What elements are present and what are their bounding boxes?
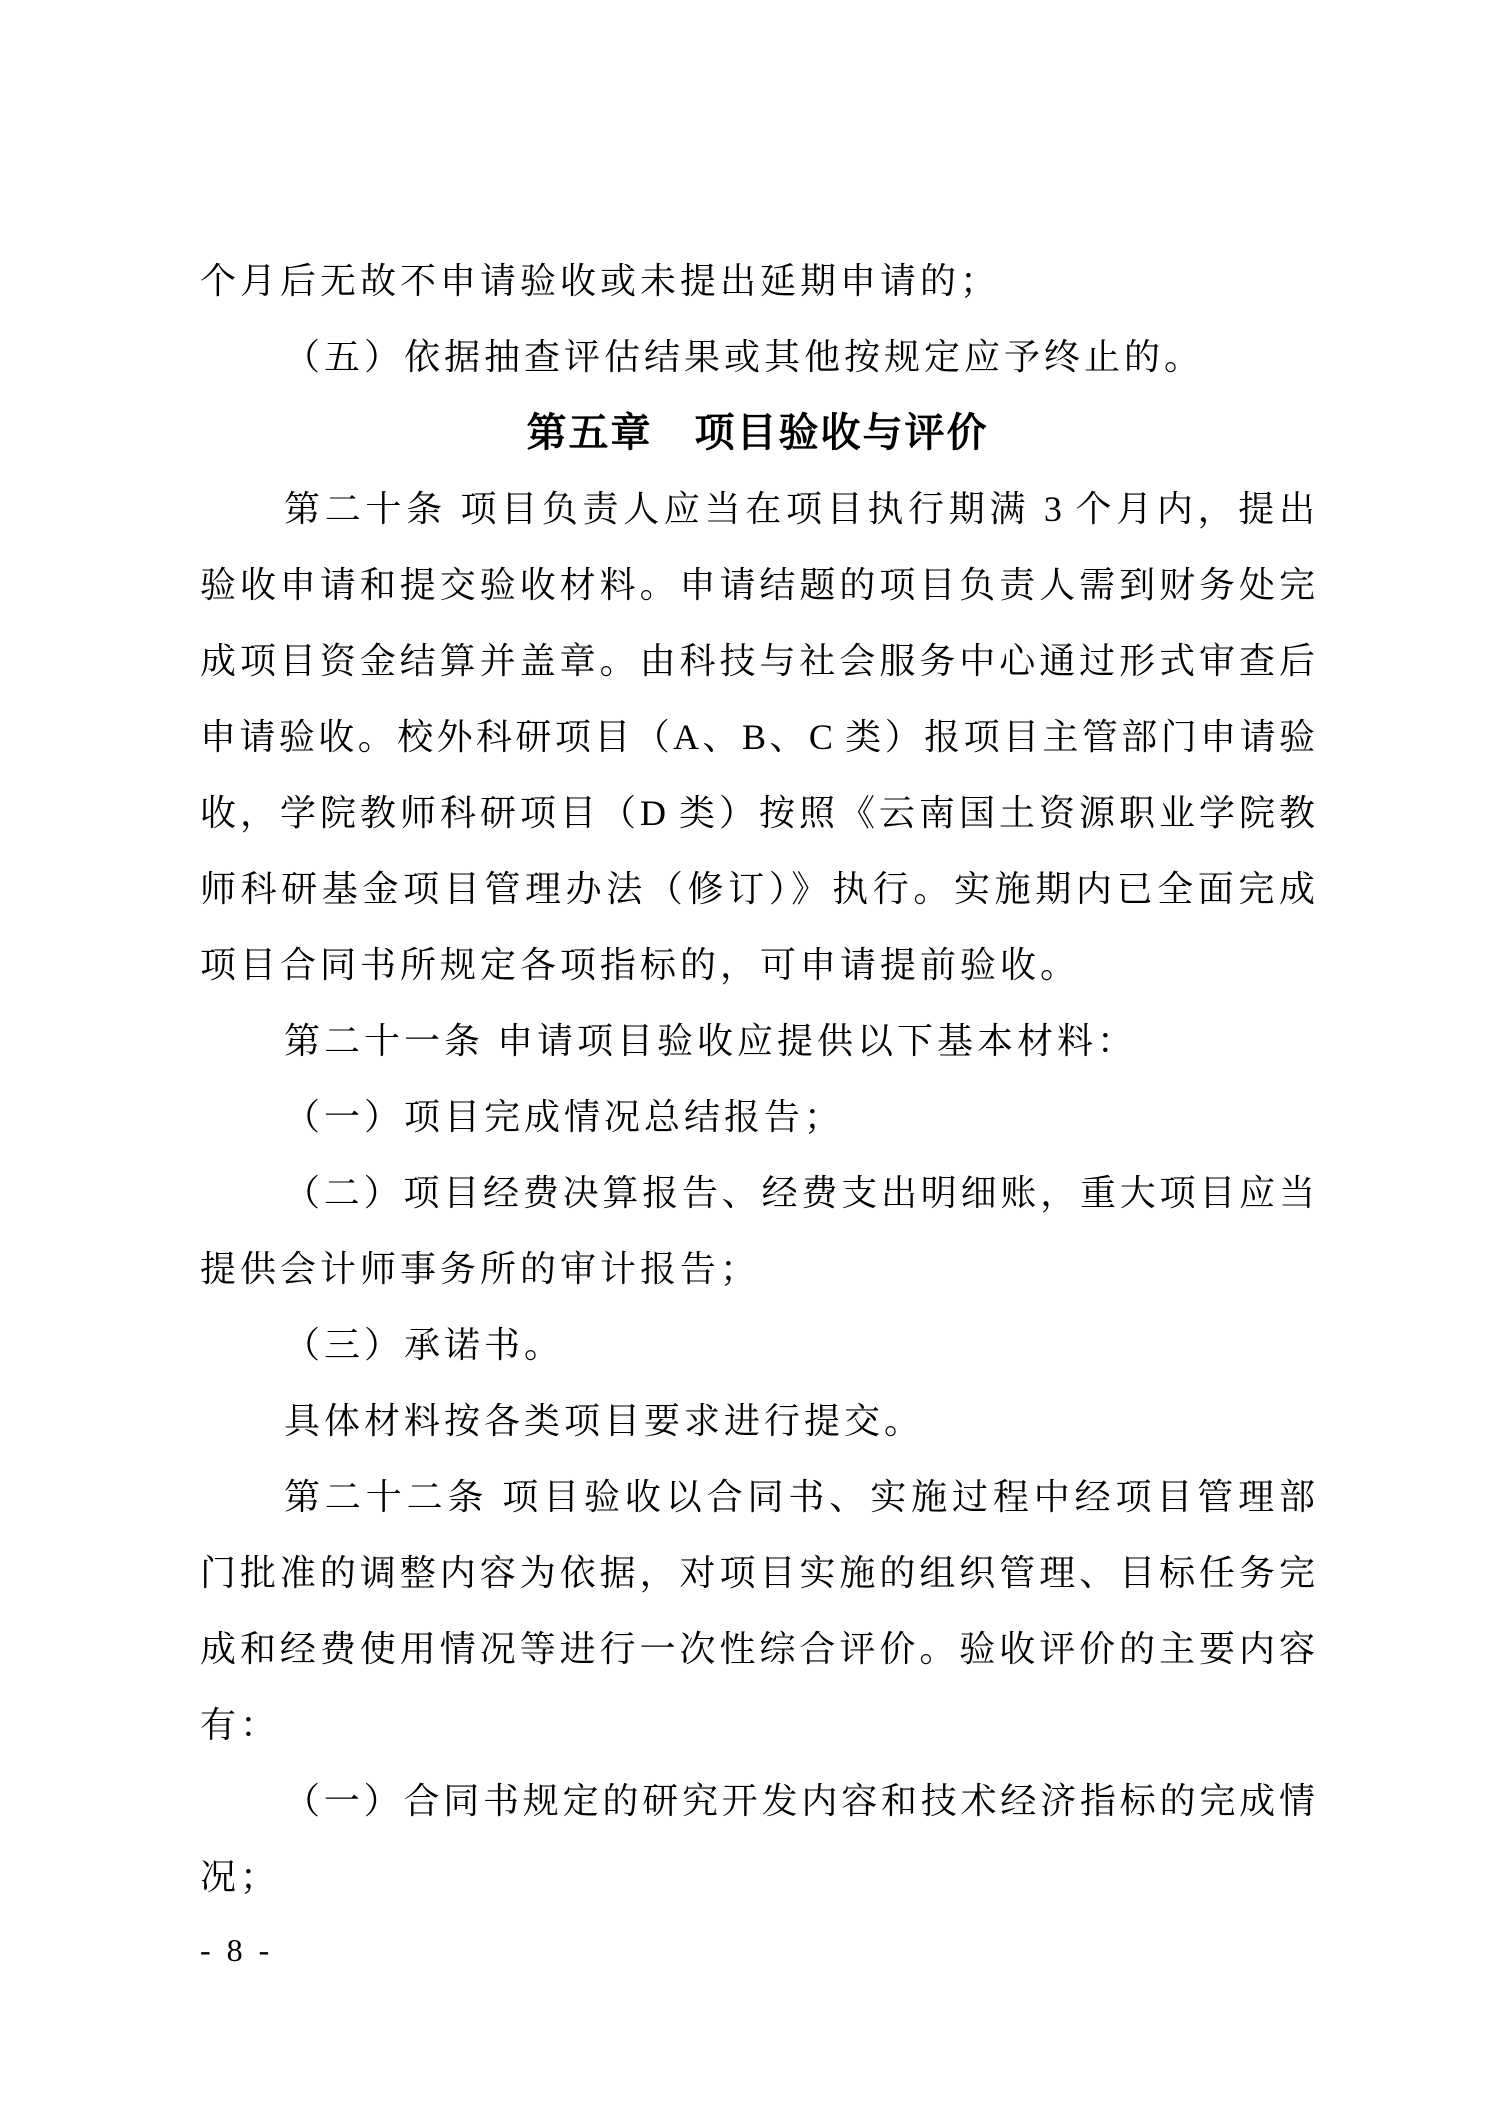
text-line: 况； <box>200 1839 1315 1915</box>
document-page: 个月后无故不申请验收或未提出延期申请的；（五）依据抽查评估结果或其他按规定应予终… <box>0 0 1500 2121</box>
text-line: 成项目资金结算并盖章。由科技与社会服务中心通过形式审查后 <box>200 623 1315 699</box>
text-line: 具体材料按各类项目要求进行提交。 <box>200 1383 1315 1459</box>
text-line: 个月后无故不申请验收或未提出延期申请的； <box>200 243 1315 319</box>
text-line: 第二十一条 申请项目验收应提供以下基本材料： <box>200 1003 1315 1079</box>
text-line: 师科研基金项目管理办法（修订）》执行。实施期内已全面完成 <box>200 851 1315 927</box>
text-line: 申请验收。校外科研项目（A、B、C 类）报项目主管部门申请验 <box>200 699 1315 775</box>
text-line: （一）项目完成情况总结报告； <box>200 1079 1315 1155</box>
text-line: （二）项目经费决算报告、经费支出明细账，重大项目应当 <box>200 1155 1315 1231</box>
page-number: - 8 - <box>200 1928 273 1972</box>
chapter-heading: 第五章 项目验收与评价 <box>200 395 1315 471</box>
text-line: 验收申请和提交验收材料。申请结题的项目负责人需到财务处完 <box>200 547 1315 623</box>
text-line: 收，学院教师科研项目（D 类）按照《云南国土资源职业学院教 <box>200 775 1315 851</box>
text-line: 第二十二条 项目验收以合同书、实施过程中经项目管理部 <box>200 1459 1315 1535</box>
text-line: 有： <box>200 1687 1315 1763</box>
text-line: 门批准的调整内容为依据，对项目实施的组织管理、目标任务完 <box>200 1535 1315 1611</box>
text-line: （三）承诺书。 <box>200 1307 1315 1383</box>
text-line: 第二十条 项目负责人应当在项目执行期满 3 个月内，提出 <box>200 471 1315 547</box>
text-line: （五）依据抽查评估结果或其他按规定应予终止的。 <box>200 319 1315 395</box>
text-line: 成和经费使用情况等进行一次性综合评价。验收评价的主要内容 <box>200 1611 1315 1687</box>
text-line: （一）合同书规定的研究开发内容和技术经济指标的完成情 <box>200 1763 1315 1839</box>
text-line: 项目合同书所规定各项指标的，可申请提前验收。 <box>200 927 1315 1003</box>
document-body: 个月后无故不申请验收或未提出延期申请的；（五）依据抽查评估结果或其他按规定应予终… <box>200 243 1315 1915</box>
text-line: 提供会计师事务所的审计报告； <box>200 1231 1315 1307</box>
